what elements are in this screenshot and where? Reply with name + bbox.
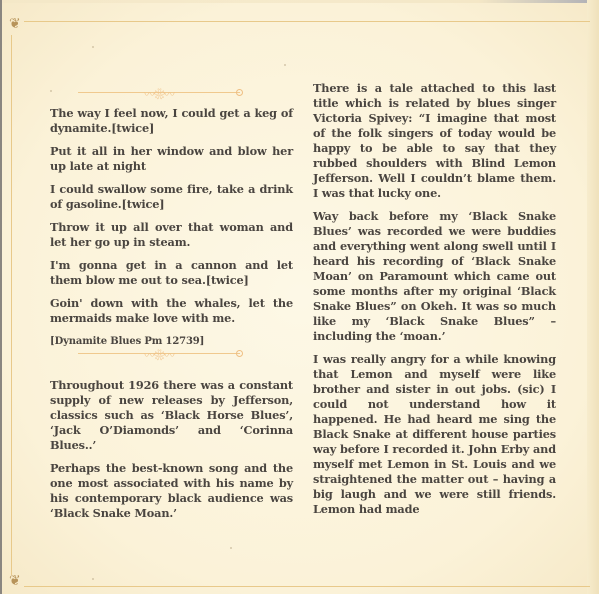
liner-notes-page: ❦ ❦ 〰❀〰 〰❀〰 The way I feel now, I could … [0, 0, 599, 594]
paper-speck [92, 578, 94, 580]
flourish-icon: 〰❀〰 [144, 86, 174, 102]
song-credit: [Dynamite Blues Pm 12739] [50, 334, 293, 349]
body-paragraph: Throughout 1926 there was a constant sup… [50, 378, 293, 453]
body-paragraph: Way back before my ‘Black Snake Blues’ w… [313, 209, 556, 344]
lyric-verse: The way I feel now, I could get a keg of… [50, 106, 293, 136]
frame-left-line [11, 35, 12, 575]
corner-ornament-icon: ❦ [9, 574, 21, 588]
paper-speck [230, 547, 232, 549]
paper-speck [50, 90, 52, 92]
scan-left-edge [0, 0, 2, 594]
paper-speck [284, 64, 286, 66]
page-right-fold [587, 0, 599, 594]
divider-end-dot [236, 89, 243, 96]
lyric-verse: Put it all in her window and blow her up… [50, 144, 293, 174]
left-prose-block: Throughout 1926 there was a constant sup… [50, 378, 293, 529]
frame-bottom-line [24, 586, 590, 587]
lyrics-block: The way I feel now, I could get a keg of… [50, 106, 293, 357]
lyric-verse: Throw it up all over that woman and let … [50, 220, 293, 250]
scan-top-edge [0, 0, 599, 3]
body-paragraph: There is a tale attached to this last ti… [313, 81, 556, 201]
lyric-verse: I could swallow some fire, take a drink … [50, 182, 293, 212]
ornamental-divider-top: 〰❀〰 [78, 87, 240, 97]
paper-speck [92, 46, 94, 48]
right-prose-block: There is a tale attached to this last ti… [313, 81, 556, 525]
body-paragraph: I was really angry for a while knowing t… [313, 352, 556, 517]
lyric-verse: I'm gonna get in a cannon and let them b… [50, 258, 293, 288]
frame-top-line [24, 21, 590, 22]
lyric-verse: Goin' down with the whales, let the merm… [50, 296, 293, 326]
corner-ornament-icon: ❦ [9, 17, 21, 31]
body-paragraph: Perhaps the best-known song and the one … [50, 461, 293, 521]
